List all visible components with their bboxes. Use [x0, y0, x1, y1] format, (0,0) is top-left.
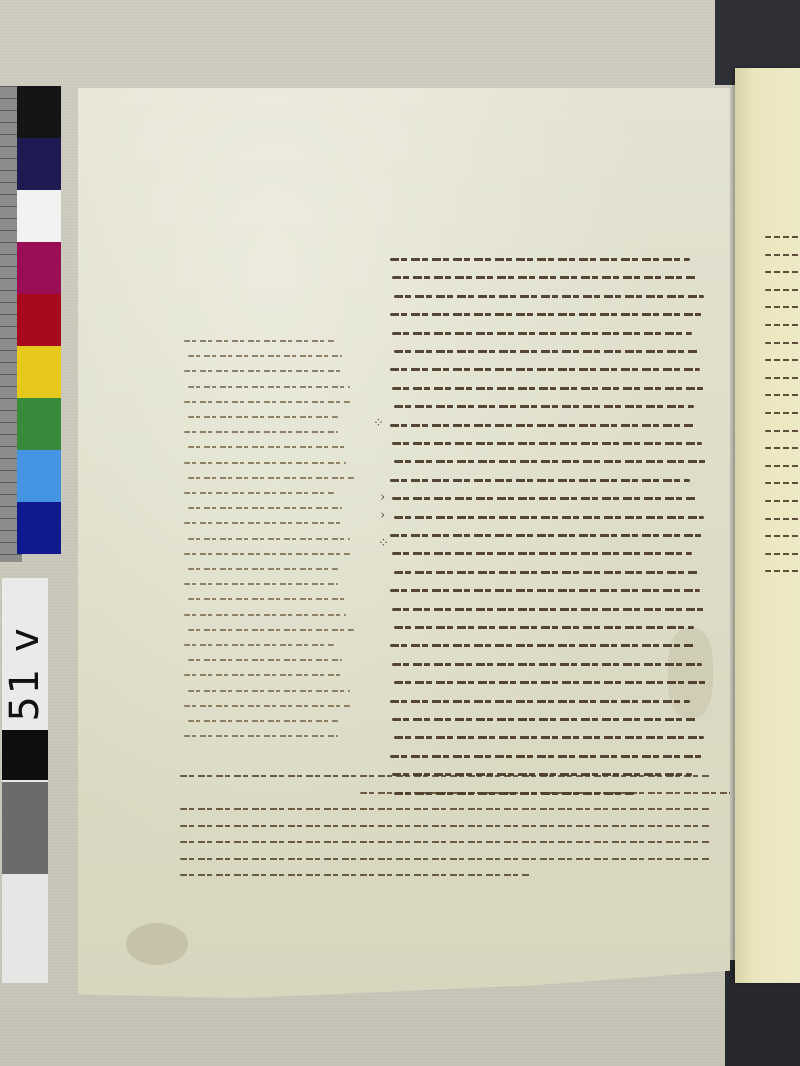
- handwritten-line: [188, 629, 354, 631]
- swatch-cyan: [17, 450, 61, 502]
- handwritten-line: [390, 258, 690, 261]
- handwritten-line: [188, 386, 350, 388]
- handwritten-line: [765, 254, 800, 256]
- handwritten-line: [180, 874, 530, 876]
- label-black-block: [2, 730, 48, 780]
- handwritten-line: [180, 808, 710, 810]
- marginal-mark: ⁘: [373, 416, 384, 431]
- handwritten-line: [390, 368, 700, 371]
- handwritten-line: [765, 535, 800, 537]
- handwritten-line: [765, 324, 800, 326]
- handwritten-line: [390, 755, 705, 758]
- handwritten-line: [765, 447, 800, 449]
- folio-number: 51 v: [2, 626, 48, 721]
- handwritten-line: [765, 570, 800, 572]
- handwritten-line: [765, 412, 800, 414]
- handwritten-line: [360, 792, 790, 794]
- handwritten-line: [184, 644, 334, 646]
- handwritten-line: [392, 497, 697, 500]
- handwritten-line: [188, 690, 350, 692]
- handwritten-line: [392, 442, 702, 445]
- handwritten-line: [188, 355, 342, 357]
- handwritten-line: [392, 332, 692, 335]
- handwritten-line: [392, 663, 702, 666]
- handwritten-line: [390, 479, 690, 482]
- handwritten-line: [184, 705, 350, 707]
- handwritten-line: [394, 295, 704, 298]
- handwritten-line: [180, 825, 710, 827]
- folio-label-strip: 51 v: [2, 578, 48, 983]
- handwritten-line: [184, 462, 346, 464]
- handwritten-line: [392, 608, 707, 611]
- handwritten-line: [392, 552, 692, 555]
- handwritten-line: [390, 700, 690, 703]
- handwritten-line: [765, 359, 800, 361]
- handwritten-line: [394, 460, 709, 463]
- handwritten-line: [765, 377, 800, 379]
- handwritten-line: [765, 500, 800, 502]
- handwritten-line: [184, 431, 338, 433]
- handwritten-line: [184, 340, 334, 342]
- swatch-green: [17, 398, 61, 450]
- swatch-blue: [17, 502, 61, 554]
- handwritten-line: [184, 553, 350, 555]
- handwritten-line: [392, 387, 707, 390]
- handwritten-line: [765, 518, 800, 520]
- stain: [668, 628, 713, 718]
- label-gray-block: [2, 782, 48, 874]
- handwritten-line: [188, 416, 338, 418]
- swatch-black: [17, 86, 61, 138]
- handwritten-line: [188, 446, 346, 448]
- handwritten-line: [390, 424, 695, 427]
- handwritten-line: [765, 394, 800, 396]
- handwritten-line: [390, 589, 700, 592]
- handwritten-line: [394, 405, 694, 408]
- swatch-magenta: [17, 242, 61, 294]
- handwritten-line: [765, 306, 800, 308]
- handwritten-line: [180, 858, 710, 860]
- handwritten-line: [394, 736, 704, 739]
- handwritten-line: [394, 626, 694, 629]
- handwritten-line: [394, 571, 699, 574]
- handwritten-line: [184, 492, 334, 494]
- handwritten-line: [184, 522, 342, 524]
- handwritten-line: [394, 516, 704, 519]
- handwritten-line: [188, 477, 354, 479]
- handwritten-line: [765, 482, 800, 484]
- margin-arrow: ›: [380, 508, 385, 523]
- stain: [126, 923, 188, 965]
- swatch-navy: [17, 138, 61, 190]
- handwritten-line: [188, 568, 338, 570]
- swatch-white: [17, 190, 61, 242]
- manuscript-folio: ⁘ ⁘ › ›: [78, 88, 730, 998]
- handwritten-line: [188, 538, 350, 540]
- handwritten-line: [390, 313, 705, 316]
- handwritten-line: [180, 775, 710, 777]
- handwritten-line: [188, 507, 342, 509]
- margin-arrow: ›: [380, 490, 385, 505]
- handwritten-line: [392, 718, 697, 721]
- handwritten-line: [188, 659, 342, 661]
- handwritten-line: [390, 644, 695, 647]
- handwritten-line: [184, 674, 342, 676]
- color-checker: [17, 86, 63, 554]
- label-white-block: 51 v: [2, 578, 48, 730]
- marginal-mark: ⁘: [378, 536, 389, 551]
- label-light-block: [2, 874, 48, 983]
- handwritten-line: [392, 276, 697, 279]
- facing-page: [735, 68, 800, 983]
- handwritten-line: [390, 534, 705, 537]
- handwritten-line: [765, 430, 800, 432]
- handwritten-line: [184, 370, 342, 372]
- handwritten-line: [188, 598, 346, 600]
- handwritten-line: [765, 342, 800, 344]
- handwritten-line: [765, 289, 800, 291]
- handwritten-line: [180, 841, 710, 843]
- handwritten-line: [765, 271, 800, 273]
- handwritten-line: [765, 465, 800, 467]
- handwritten-line: [184, 583, 338, 585]
- swatch-yellow: [17, 346, 61, 398]
- handwritten-line: [765, 236, 800, 238]
- handwritten-line: [184, 401, 350, 403]
- handwritten-line: [184, 735, 338, 737]
- handwritten-line: [765, 553, 800, 555]
- handwritten-line: [188, 720, 338, 722]
- swatch-red: [17, 294, 61, 346]
- handwritten-line: [184, 614, 346, 616]
- handwritten-line: [394, 350, 699, 353]
- handwritten-line: [394, 681, 709, 684]
